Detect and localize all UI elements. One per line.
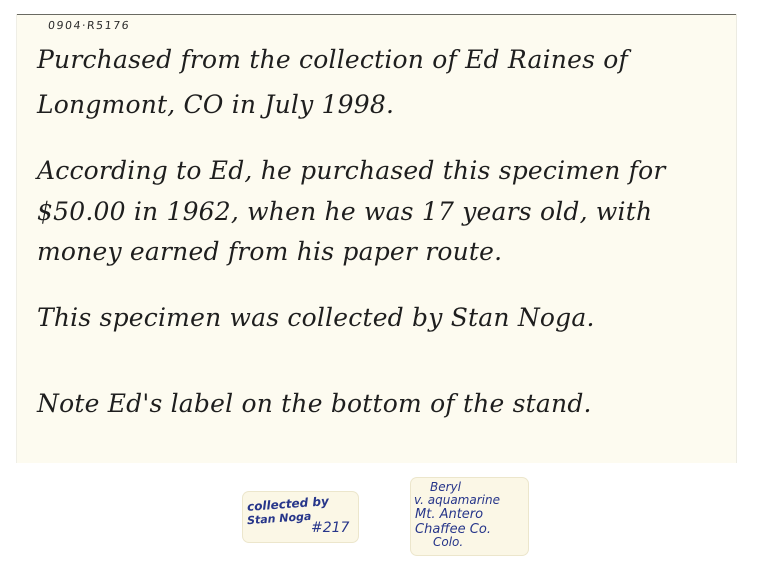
text-line-2: Longmont, CO in July 1998.	[37, 90, 394, 119]
text-line-5: money earned from his paper route.	[37, 237, 502, 266]
specimen-label: Beryl v. aquamarine Mt. Antero Chaffee C…	[411, 478, 528, 555]
collector-label-number: #217	[311, 522, 349, 535]
specimen-label-variety: v. aquamarine	[414, 494, 500, 507]
provenance-card: 0904·R5176 Purchased from the collection…	[17, 14, 736, 463]
text-line-3: According to Ed, he purchased this speci…	[37, 156, 666, 185]
text-line-7: Note Ed's label on the bottom of the sta…	[37, 389, 592, 418]
text-line-1: Purchased from the collection of Ed Rain…	[37, 45, 628, 74]
catalog-number: 0904·R5176	[47, 19, 131, 32]
text-line-4: $50.00 in 1962, when he was 17 years old…	[37, 197, 652, 226]
specimen-label-locality: Mt. Antero	[415, 508, 483, 521]
collector-label: collected by Stan Noga #217	[243, 492, 358, 542]
text-line-6: This specimen was collected by Stan Noga…	[37, 303, 595, 332]
specimen-label-state: Colo.	[433, 536, 463, 549]
